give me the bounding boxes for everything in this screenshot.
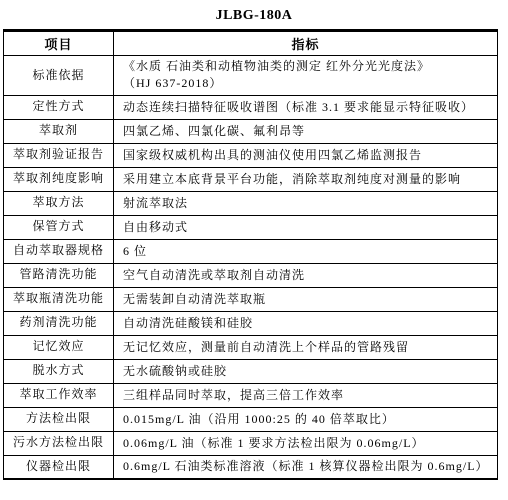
value-cell: 三组样品同时萃取，提高三倍工作效率 (114, 383, 498, 407)
value-cell: 无需装卸自动清洗萃取瓶 (114, 287, 498, 311)
value-cell: 采用建立本底背景平台功能，消除萃取剂纯度对测量的影响 (114, 167, 498, 191)
table-row: 萃取工作效率三组样品同时萃取，提高三倍工作效率 (4, 383, 498, 407)
value-cell: 《水质 石油类和动植物油类的测定 红外分光光度法》 （HJ 637-2018） (114, 56, 498, 96)
item-cell: 自动萃取器规格 (4, 239, 114, 263)
item-cell: 萃取方法 (4, 191, 114, 215)
table-row: 萃取方法射流萃取法 (4, 191, 498, 215)
table-row: 保管方式自由移动式 (4, 215, 498, 239)
item-cell: 方法检出限 (4, 407, 114, 431)
value-cell: 四氯乙烯、四氯化碳、氟利昂等 (114, 119, 498, 143)
header-row: 项目 指标 (4, 31, 498, 56)
spec-table-body: 标准依据《水质 石油类和动植物油类的测定 红外分光光度法》 （HJ 637-20… (4, 56, 498, 480)
value-cell: 无记忆效应，测量前自动清洗上个样品的管路残留 (114, 335, 498, 359)
value-cell: 国家级权威机构出具的测油仪使用四氯乙烯监测报告 (114, 143, 498, 167)
table-row: 自动萃取器规格6 位 (4, 239, 498, 263)
item-cell: 定性方式 (4, 95, 114, 119)
item-cell: 保管方式 (4, 215, 114, 239)
table-row: 萃取剂纯度影响采用建立本底背景平台功能，消除萃取剂纯度对测量的影响 (4, 167, 498, 191)
item-cell: 萃取工作效率 (4, 383, 114, 407)
item-cell: 标准依据 (4, 56, 114, 96)
spec-table: 项目 指标 标准依据《水质 石油类和动植物油类的测定 红外分光光度法》 （HJ … (3, 29, 498, 480)
value-cell: 自动清洗硅酸镁和硅胶 (114, 311, 498, 335)
item-cell: 污水方法检出限 (4, 431, 114, 455)
value-cell: 自由移动式 (114, 215, 498, 239)
spec-table-header: 项目 指标 (4, 31, 498, 56)
value-cell: 动态连续扫描特征吸收谱图（标准 3.1 要求能显示特征吸收） (114, 95, 498, 119)
item-cell: 管路清洗功能 (4, 263, 114, 287)
table-row: 方法检出限0.015mg/L 油（沿用 1000:25 的 40 倍萃取比） (4, 407, 498, 431)
page-title: JLBG-180A (0, 8, 508, 24)
table-row: 萃取剂四氯乙烯、四氯化碳、氟利昂等 (4, 119, 498, 143)
item-cell: 脱水方式 (4, 359, 114, 383)
item-cell: 记忆效应 (4, 335, 114, 359)
value-cell: 0.6mg/L 石油类标准溶液（标准 1 核算仪器检出限为 0.6mg/L） (114, 455, 498, 479)
table-row: 萃取瓶清洗功能无需装卸自动清洗萃取瓶 (4, 287, 498, 311)
value-cell: 0.06mg/L 油（标准 1 要求方法检出限为 0.06mg/L） (114, 431, 498, 455)
table-row: 药剂清洗功能自动清洗硅酸镁和硅胶 (4, 311, 498, 335)
column-header-indicator: 指标 (114, 31, 498, 56)
item-cell: 萃取剂验证报告 (4, 143, 114, 167)
value-cell: 射流萃取法 (114, 191, 498, 215)
value-cell: 无水硫酸钠或硅胶 (114, 359, 498, 383)
table-row: 污水方法检出限0.06mg/L 油（标准 1 要求方法检出限为 0.06mg/L… (4, 431, 498, 455)
item-cell: 萃取瓶清洗功能 (4, 287, 114, 311)
value-cell: 6 位 (114, 239, 498, 263)
table-row: 定性方式动态连续扫描特征吸收谱图（标准 3.1 要求能显示特征吸收） (4, 95, 498, 119)
value-cell: 0.015mg/L 油（沿用 1000:25 的 40 倍萃取比） (114, 407, 498, 431)
table-row: 仪器检出限0.6mg/L 石油类标准溶液（标准 1 核算仪器检出限为 0.6mg… (4, 455, 498, 479)
item-cell: 萃取剂纯度影响 (4, 167, 114, 191)
table-row: 标准依据《水质 石油类和动植物油类的测定 红外分光光度法》 （HJ 637-20… (4, 56, 498, 96)
table-row: 萃取剂验证报告国家级权威机构出具的测油仪使用四氯乙烯监测报告 (4, 143, 498, 167)
item-cell: 药剂清洗功能 (4, 311, 114, 335)
table-row: 脱水方式无水硫酸钠或硅胶 (4, 359, 498, 383)
table-row: 管路清洗功能空气自动清洗或萃取剂自动清洗 (4, 263, 498, 287)
table-row: 记忆效应无记忆效应，测量前自动清洗上个样品的管路残留 (4, 335, 498, 359)
column-header-item: 项目 (4, 31, 114, 56)
item-cell: 仪器检出限 (4, 455, 114, 479)
item-cell: 萃取剂 (4, 119, 114, 143)
value-cell: 空气自动清洗或萃取剂自动清洗 (114, 263, 498, 287)
